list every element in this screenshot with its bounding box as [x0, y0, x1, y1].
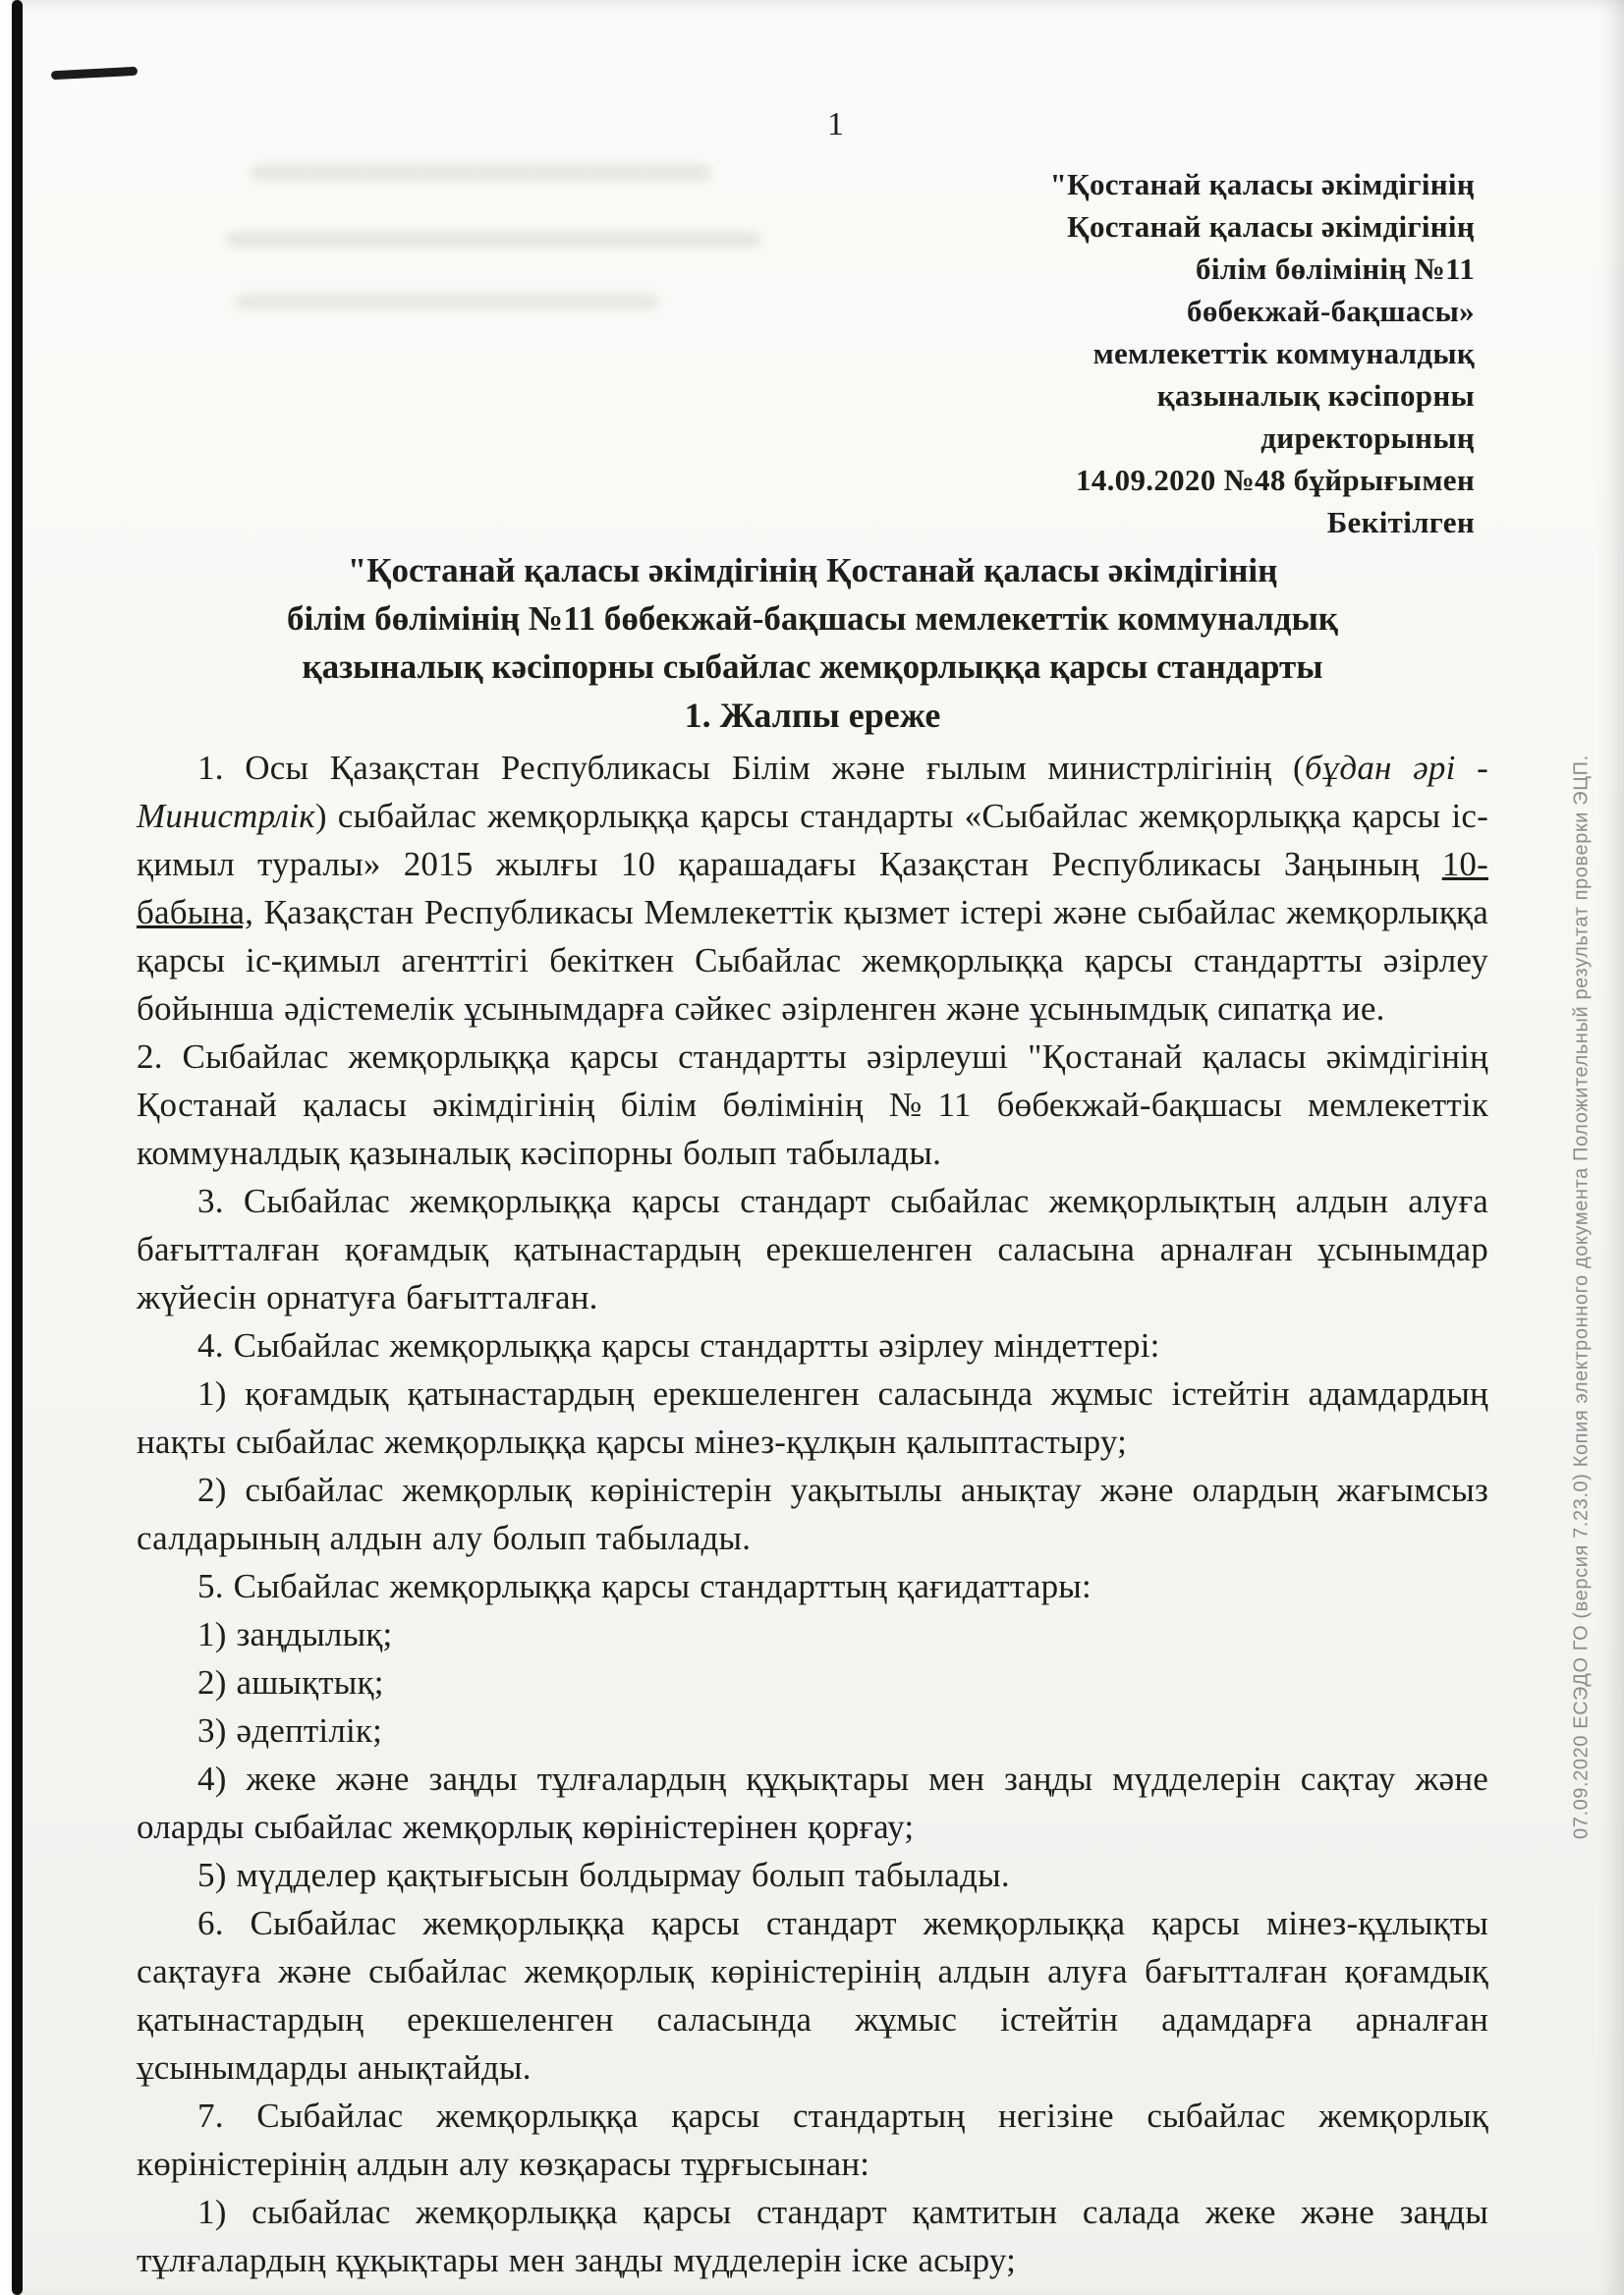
paragraph: 1) сыбайлас жемқорлыққа қарсы стандарт қ…	[137, 2188, 1488, 2284]
document-title: "Қостанай қаласы әкімдігінің Қостанай қа…	[137, 546, 1488, 691]
approval-line: бөбекжай-бақшасы»	[866, 290, 1475, 332]
paragraph: 2) ашықтық;	[137, 1658, 1488, 1707]
paragraph: 5. Сыбайлас жемқорлыққа қарсы стандартты…	[137, 1562, 1488, 1610]
document-body: 1. Осы Қазақстан Республикасы Білім және…	[137, 744, 1488, 2284]
paragraph: 1) заңдылық;	[137, 1610, 1488, 1658]
text-segment: 5. Сыбайлас жемқорлыққа қарсы стандартты…	[197, 1567, 1092, 1605]
text-segment: 1) сыбайлас жемқорлыққа қарсы стандарт қ…	[137, 2193, 1488, 2279]
approval-line: мемлекеттік коммуналдық	[866, 332, 1475, 374]
paragraph: 4. Сыбайлас жемқорлыққа қарсы стандартты…	[137, 1321, 1488, 1370]
approval-line: қазыналық кәсіпорны	[866, 374, 1475, 417]
text-segment: 7. Сыбайлас жемқорлыққа қарсы стандартың…	[137, 2097, 1488, 2183]
paragraph: 3) әдептілік;	[137, 1707, 1488, 1755]
bleed-through-artifact	[251, 165, 712, 181]
text-segment: Қазақстан Республикасы Мемлекеттік қызме…	[137, 893, 1488, 1028]
paragraph: 2. Сыбайлас жемқорлыққа қарсы стандартты…	[137, 1033, 1488, 1177]
approval-line: директорының	[866, 417, 1475, 459]
approval-line: Бекітілген	[866, 501, 1475, 543]
text-segment: 2. Сыбайлас жемқорлыққа қарсы стандартты…	[137, 1037, 1488, 1172]
bleed-through-artifact	[226, 232, 761, 248]
title-line: білім бөлімінің №11 бөбекжай-бақшасы мем…	[137, 594, 1488, 643]
paragraph: 2) сыбайлас жемқорлық көріністерін уақыт…	[137, 1466, 1488, 1562]
text-segment: 1) заңдылық;	[197, 1615, 392, 1653]
esedo-stamp-text: 07.09.2020 ЕСЭДО ГО (версия 7.23.0) Копи…	[1567, 589, 1596, 2004]
text-segment: 4. Сыбайлас жемқорлыққа қарсы стандартты…	[197, 1326, 1160, 1365]
approval-line: білім бөлімінің №11	[866, 248, 1475, 290]
text-segment: 1) қоғамдық қатынастардың ерекшеленген с…	[137, 1374, 1488, 1461]
paragraph: 5) мүдделер қақтығысын болдырмау болып т…	[137, 1851, 1488, 1899]
approval-line: "Қостанай қаласы әкімдігінің	[866, 163, 1475, 205]
text-segment: ) сыбайлас жемқорлыққа қарсы стандарты «…	[137, 797, 1488, 883]
paragraph: 7. Сыбайлас жемқорлыққа қарсы стандартың…	[137, 2092, 1488, 2188]
page-number: 1	[827, 106, 844, 143]
scan-edge-artifact	[12, 0, 23, 2295]
title-line: "Қостанай қаласы әкімдігінің Қостанай қа…	[137, 546, 1488, 594]
paragraph: 1. Осы Қазақстан Республикасы Білім және…	[137, 744, 1488, 1033]
text-segment: 1. Осы Қазақстан Республикасы Білім және…	[197, 749, 1305, 787]
paragraph: 4) жеке және заңды тұлғалардың құқықтары…	[137, 1755, 1488, 1851]
text-segment: 2) сыбайлас жемқорлық көріністерін уақыт…	[137, 1471, 1488, 1557]
text-segment: 4) жеке және заңды тұлғалардың құқықтары…	[137, 1760, 1488, 1846]
text-segment: 5) мүдделер қақтығысын болдырмау болып т…	[197, 1856, 1010, 1894]
section-heading: 1. Жалпы ереже	[137, 692, 1488, 740]
approval-line: 14.09.2020 №48 бұйрығымен	[866, 459, 1475, 501]
document-page: 1 "Қостанай қаласы әкімдігініңҚостанай қ…	[0, 0, 1624, 2295]
pen-mark-artifact	[51, 67, 138, 81]
approval-block: "Қостанай қаласы әкімдігініңҚостанай қал…	[866, 163, 1475, 543]
paragraph: 6. Сыбайлас жемқорлыққа қарсы стандарт ж…	[137, 1899, 1488, 2092]
text-segment: 6. Сыбайлас жемқорлыққа қарсы стандарт ж…	[137, 1904, 1488, 2087]
text-segment: 3) әдептілік;	[197, 1711, 382, 1750]
text-segment: 2) ашықтық;	[197, 1663, 384, 1702]
paragraph: 1) қоғамдық қатынастардың ерекшеленген с…	[137, 1370, 1488, 1466]
title-line: қазыналық кәсіпорны сыбайлас жемқорлыққа…	[137, 643, 1488, 691]
approval-line: Қостанай қаласы әкімдігінің	[866, 205, 1475, 248]
bleed-through-artifact	[236, 295, 658, 308]
paragraph: 3. Сыбайлас жемқорлыққа қарсы стандарт с…	[137, 1177, 1488, 1321]
text-segment: 3. Сыбайлас жемқорлыққа қарсы стандарт с…	[137, 1182, 1488, 1316]
